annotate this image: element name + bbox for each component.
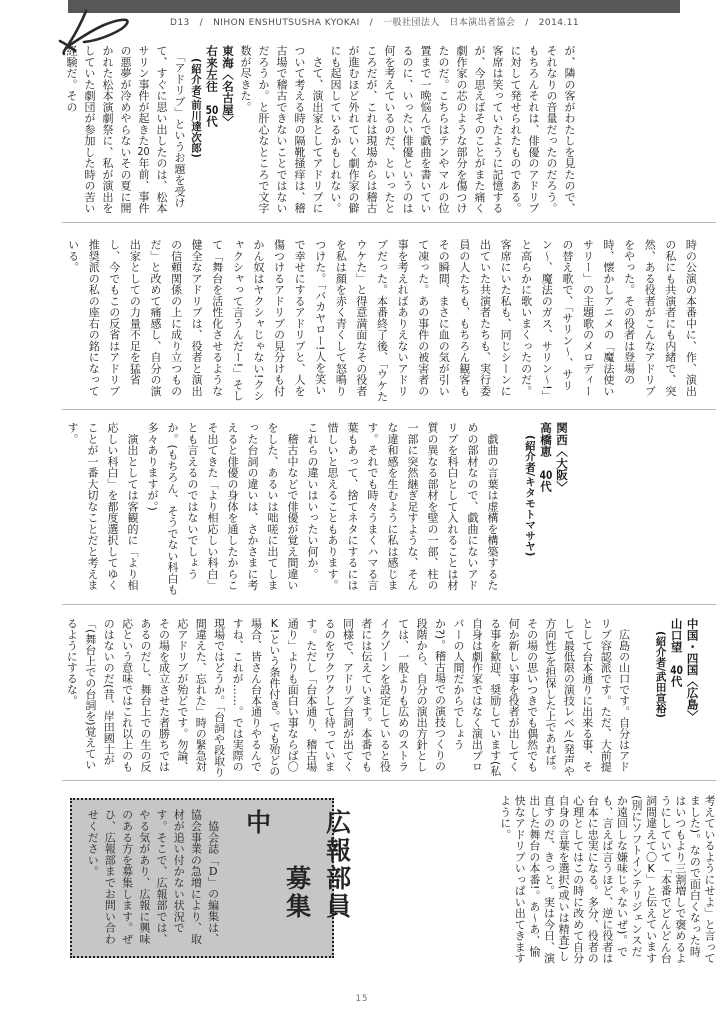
byline-name: 山口望 40代 — [669, 618, 685, 778]
byline-introducer: (紹介者/キタモトマサヤ) — [522, 435, 538, 600]
section-divider — [62, 780, 716, 781]
band-1: が、隣の客がわたしを見たので、それなりの音量だったのだろう。もちろんそれは、俳優… — [62, 45, 578, 217]
magazine-page: D13 / NIHON ENSHUTSUSHA KYOKAI / 一般社団法人 … — [0, 0, 724, 1024]
byline-region: 関西〈大阪〉 — [554, 422, 570, 600]
byline-name: 高橋恵 40代 — [538, 422, 554, 600]
band-4: 中国・四国〈広島〉 山口望 40代 (紹介者/武田宣裕) 広島の山口です。自分は… — [62, 618, 701, 778]
recruitment-body-text: 協会誌「D」の編集は、協会事業の急増により、取材が追い付かない状況です。そこで、… — [84, 809, 222, 947]
recruitment-title: 広報部員 募集中 — [237, 809, 357, 947]
article4-ending-text: 考えているようにせよ」と言ってました)。なので面白くなった時はいつもより三割増し… — [497, 795, 716, 965]
top-bar — [68, 0, 680, 13]
page-content: が、隣の客がわたしを見たので、それなりの音量だったのだろう。もちろんそれは、俳優… — [62, 45, 716, 965]
byline-introducer: (紹介者/武田宣裕) — [653, 631, 669, 778]
page-number: 15 — [340, 994, 384, 1004]
article3-body-text: 戯曲の言葉は虚構を構築するための部材なので、戯曲にないアドリブを科白として入れる… — [62, 422, 502, 600]
section-divider — [62, 222, 716, 223]
recruitment-box-inner: 広報部員 募集中 協会誌「D」の編集は、協会事業の急増により、取材が追い付かない… — [72, 800, 369, 956]
byline-introducer: (紹介者/前川達次郎) — [188, 58, 204, 217]
band-3: 関西〈大阪〉 高橋恵 40代 (紹介者/キタモトマサヤ) 戯曲の言葉は虚構を構築… — [62, 422, 570, 600]
band-2: 時の公演の本番中に、作、演出の私にも共演者にも内緒で、突然、ある役者がこんなアド… — [62, 239, 700, 406]
recruitment-box: 広報部員 募集中 協会誌「D」の編集は、協会事業の急増により、取材が追い付かない… — [70, 798, 334, 958]
article2-opening-text: 「アドリブ」というお題を受けて、すぐに思い出したのは、松本サリン事件が起きた20… — [62, 45, 188, 217]
byline-region: 東海〈名古屋〉 — [220, 45, 236, 217]
byline-kansai: 関西〈大阪〉 高橋恵 40代 (紹介者/キタモトマサヤ) — [522, 422, 570, 600]
article2-body-text: 時の公演の本番中に、作、演出の私にも共演者にも内緒で、突然、ある役者がこんなアド… — [62, 239, 700, 406]
section-divider — [62, 604, 716, 605]
section-divider — [62, 409, 716, 410]
band-5: 広報部員 募集中 協会誌「D」の編集は、協会事業の急増により、取材が追い付かない… — [62, 795, 716, 965]
article4-body-text: 広島の山口です。自分はアドリブ容認派です。ただ、大前提として台本通りに出来る事、… — [62, 618, 633, 778]
byline-tokai: 東海〈名古屋〉 右来左往 50代 (紹介者/前川達次郎) — [188, 45, 236, 217]
header-meta: D13 / NIHON ENSHUTSUSHA KYOKAI / 一般社団法人 … — [170, 15, 579, 28]
article1-ending-text: が、隣の客がわたしを見たので、それなりの音量だったのだろう。もちろんそれは、俳優… — [236, 45, 578, 217]
byline-name: 右来左往 50代 — [204, 45, 220, 217]
byline-chugoku-shikoku: 中国・四国〈広島〉 山口望 40代 (紹介者/武田宣裕) — [653, 618, 701, 778]
byline-region: 中国・四国〈広島〉 — [685, 618, 701, 778]
